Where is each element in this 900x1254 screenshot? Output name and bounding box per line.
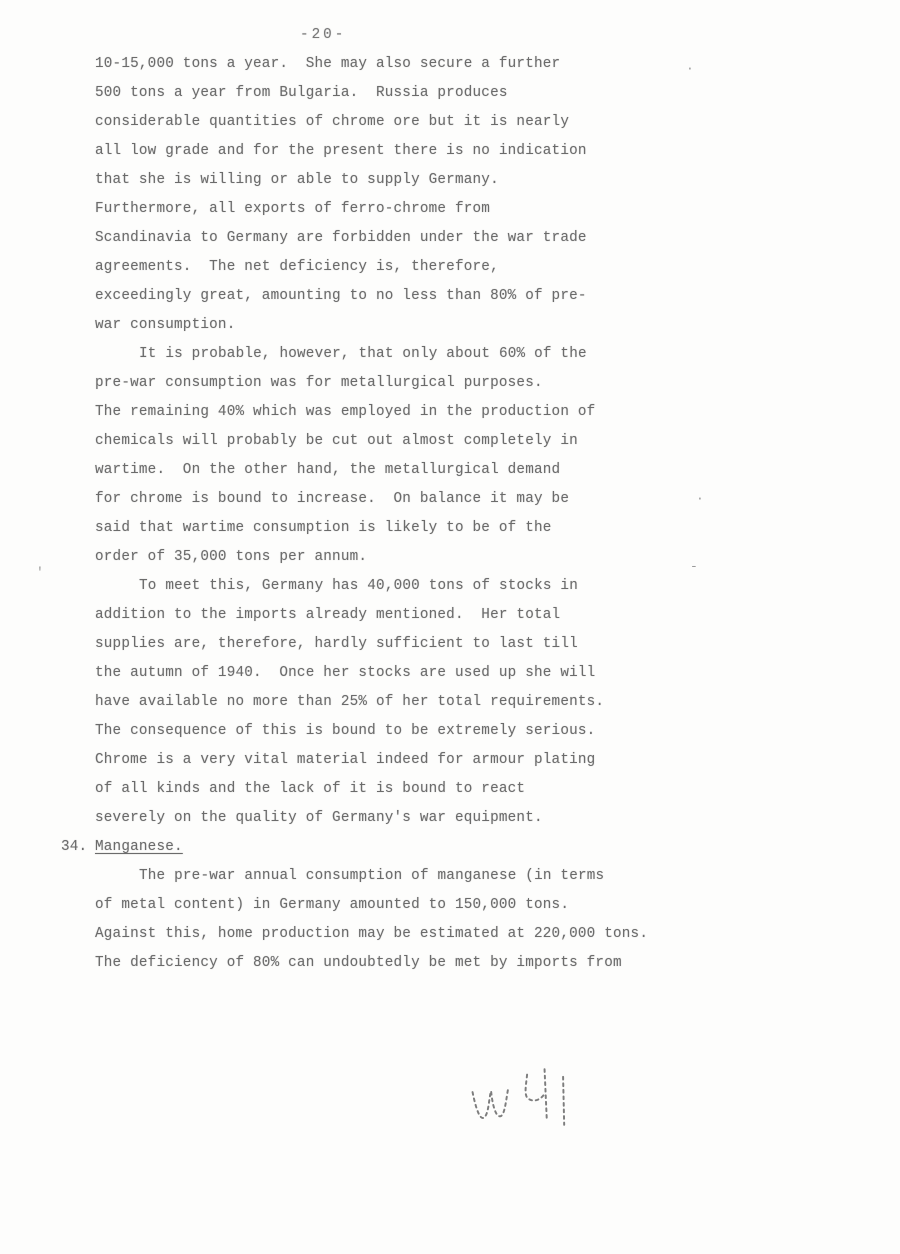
- text-line: order of 35,000 tons per annum.: [95, 543, 695, 572]
- scan-speck: -: [690, 560, 698, 573]
- text-line: have available no more than 25% of her t…: [95, 688, 695, 717]
- text-line: wartime. On the other hand, the metallur…: [95, 456, 695, 485]
- text-line: exceedingly great, amounting to no less …: [95, 282, 695, 311]
- text-line: for chrome is bound to increase. On bala…: [95, 485, 695, 514]
- page-number: -20-: [300, 27, 346, 43]
- text-line: The deficiency of 80% can undoubtedly be…: [95, 949, 695, 978]
- text-line: Chrome is a very vital material indeed f…: [95, 746, 695, 775]
- scan-speck: ': [36, 566, 44, 579]
- text-line: all low grade and for the present there …: [95, 137, 695, 166]
- scan-speck: ·: [696, 492, 704, 505]
- text-line: Furthermore, all exports of ferro-chrome…: [95, 195, 695, 224]
- text-line: Against this, home production may be est…: [95, 920, 695, 949]
- section-heading: 34.Manganese.: [95, 833, 695, 862]
- scan-speck: ·: [686, 62, 694, 75]
- text-line: severely on the quality of Germany's war…: [95, 804, 695, 833]
- text-line: of all kinds and the lack of it is bound…: [95, 775, 695, 804]
- scanned-document-page: -20- 10-15,000 tons a year. She may also…: [0, 0, 900, 1254]
- text-line: To meet this, Germany has 40,000 tons of…: [95, 572, 695, 601]
- section-title: Manganese.: [95, 839, 183, 855]
- text-line: The consequence of this is bound to be e…: [95, 717, 695, 746]
- text-line: It is probable, however, that only about…: [95, 340, 695, 369]
- text-line: The remaining 40% which was employed in …: [95, 398, 695, 427]
- text-line: pre-war consumption was for metallurgica…: [95, 369, 695, 398]
- handwritten-annotation-w41: [466, 1058, 586, 1148]
- text-line: 500 tons a year from Bulgaria. Russia pr…: [95, 79, 695, 108]
- text-line: chemicals will probably be cut out almos…: [95, 427, 695, 456]
- text-line: The pre-war annual consumption of mangan…: [95, 862, 695, 891]
- text-line: that she is willing or able to supply Ge…: [95, 166, 695, 195]
- text-line: of metal content) in Germany amounted to…: [95, 891, 695, 920]
- text-line: war consumption.: [95, 311, 695, 340]
- text-line: 10-15,000 tons a year. She may also secu…: [95, 50, 695, 79]
- text-line: agreements. The net deficiency is, there…: [95, 253, 695, 282]
- text-line: said that wartime consumption is likely …: [95, 514, 695, 543]
- text-line: Scandinavia to Germany are forbidden und…: [95, 224, 695, 253]
- text-line: addition to the imports already mentione…: [95, 601, 695, 630]
- text-line: supplies are, therefore, hardly sufficie…: [95, 630, 695, 659]
- text-line: the autumn of 1940. Once her stocks are …: [95, 659, 695, 688]
- text-line: considerable quantities of chrome ore bu…: [95, 108, 695, 137]
- document-body: 10-15,000 tons a year. She may also secu…: [95, 50, 695, 978]
- section-number: 34.: [61, 833, 87, 862]
